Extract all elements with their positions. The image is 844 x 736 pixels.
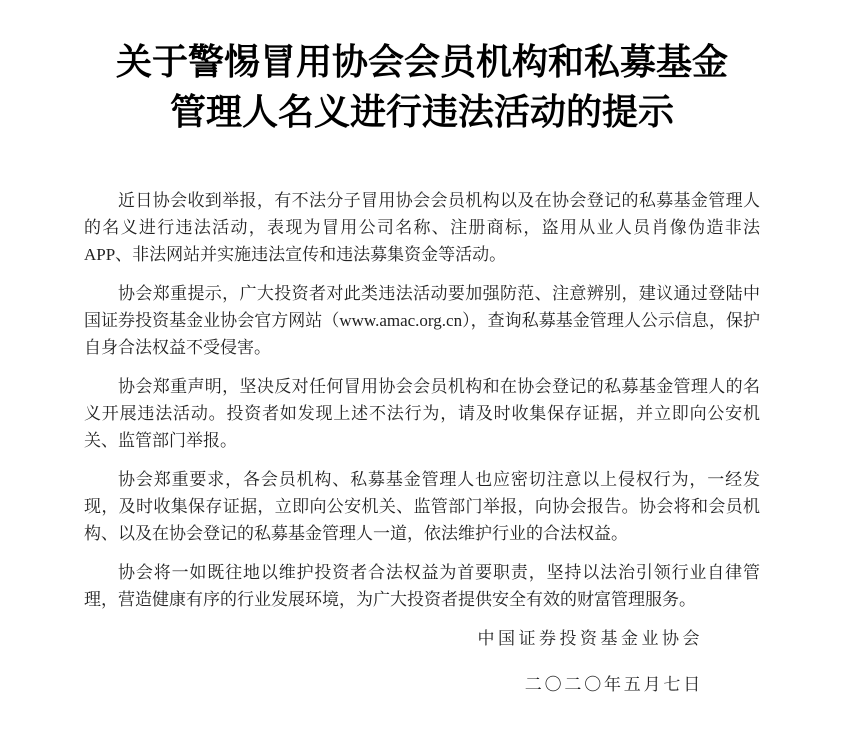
signature-org: 中国证券投资基金业协会 (84, 625, 760, 652)
paragraph: 协会郑重要求，各会员机构、私募基金管理人也应密切注意以上侵权行为，一经发现，及时… (84, 466, 760, 547)
paragraph: 协会将一如既往地以维护投资者合法权益为首要职责，坚持以法治引领行业自律管理，营造… (84, 559, 760, 613)
paragraph: 协会郑重声明，坚决反对任何冒用协会会员机构和在协会登记的私募基金管理人的名义开展… (84, 373, 760, 454)
signature-block: 中国证券投资基金业协会 二〇二〇年五月七日 (84, 625, 760, 698)
paragraph: 近日协会收到举报，有不法分子冒用协会会员机构以及在协会登记的私募基金管理人的名义… (84, 187, 760, 268)
document-title: 关于警惕冒用协会会员机构和私募基金 管理人名义进行违法活动的提示 (0, 0, 844, 137)
paragraph: 协会郑重提示，广大投资者对此类违法活动要加强防范、注意辨别，建议通过登陆中国证券… (84, 280, 760, 361)
document-title-line-1: 关于警惕冒用协会会员机构和私募基金 (0, 37, 844, 87)
document-page: 关于警惕冒用协会会员机构和私募基金 管理人名义进行违法活动的提示 近日协会收到举… (0, 0, 844, 736)
document-title-line-2: 管理人名义进行违法活动的提示 (0, 87, 844, 137)
document-body: 近日协会收到举报，有不法分子冒用协会会员机构以及在协会登记的私募基金管理人的名义… (84, 137, 760, 613)
signature-date: 二〇二〇年五月七日 (84, 671, 760, 698)
